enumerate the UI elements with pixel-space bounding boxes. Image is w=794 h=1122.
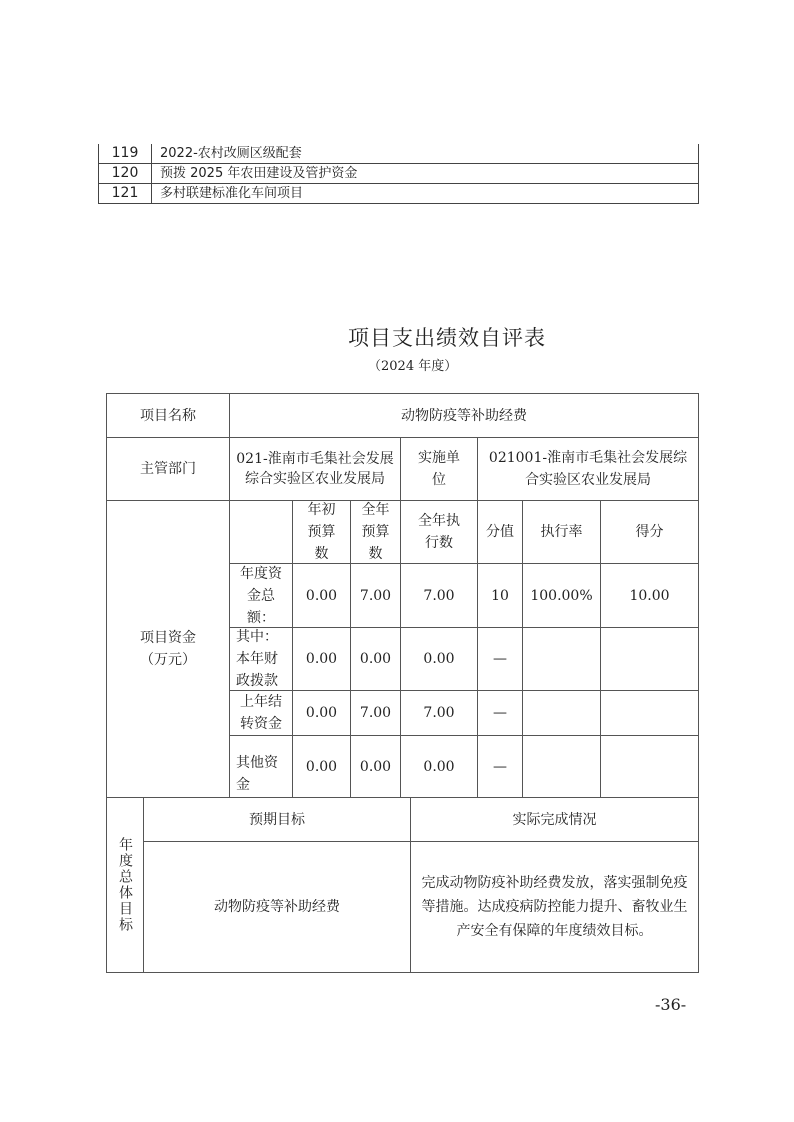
- table-row: 121 多村联建标准化车间项目: [99, 184, 699, 204]
- header-initial-budget: 年初预算数: [292, 500, 351, 564]
- carryover-annual-budget: 7.00: [350, 690, 401, 736]
- header-execution-rate: 执行率: [522, 500, 601, 564]
- header-score: 得分: [600, 500, 699, 564]
- carryover-score: [600, 690, 699, 736]
- row-label-fiscal: 其中：本年财政拨款: [229, 627, 293, 691]
- expected-goal-header: 预期目标: [143, 797, 411, 842]
- page-title: 项目支出绩效自评表: [0, 322, 794, 352]
- header-annual-budget: 全年预算数: [350, 500, 401, 564]
- total-annual-execution: 7.00: [400, 563, 478, 628]
- total-score: 10.00: [600, 563, 699, 628]
- fiscal-score: [600, 627, 699, 691]
- fiscal-execution-rate: [522, 627, 601, 691]
- other-execution-rate: [522, 735, 601, 798]
- row-name: 多村联建标准化车间项目: [152, 184, 699, 204]
- row-name: 预拨 2025 年农田建设及管护资金: [152, 164, 699, 184]
- header-score-weight: 分值: [477, 500, 523, 564]
- row-name: 2022-农村改厕区级配套: [152, 144, 699, 164]
- carryover-initial-budget: 0.00: [292, 690, 351, 736]
- header-annual-execution: 全年执行数: [400, 500, 478, 564]
- actual-completion-value: 完成动物防疫补助经费发放，落实强制免疫等措施。达成疫病防控能力提升、畜牧业生产安…: [410, 841, 699, 973]
- carryover-execution-rate: [522, 690, 601, 736]
- expected-goal-value: 动物防疫等补助经费: [143, 841, 411, 973]
- row-index: 120: [99, 164, 152, 184]
- other-initial-budget: 0.00: [292, 735, 351, 798]
- fiscal-annual-budget: 0.00: [350, 627, 401, 691]
- year-subtitle: （2024 年度）: [368, 355, 457, 374]
- actual-completion-header: 实际完成情况: [410, 797, 699, 842]
- row-index: 119: [99, 144, 152, 164]
- project-funds-label: 项目资金（万元）: [106, 500, 230, 798]
- table-row: 120 预拨 2025 年农田建设及管护资金: [99, 164, 699, 184]
- fiscal-initial-budget: 0.00: [292, 627, 351, 691]
- project-name-label: 项目名称: [106, 393, 230, 438]
- project-list-table: 119 2022-农村改厕区级配套 120 预拨 2025 年农田建设及管护资金…: [98, 144, 699, 204]
- table-row: 119 2022-农村改厕区级配套: [99, 144, 699, 164]
- total-execution-rate: 100.00%: [522, 563, 601, 628]
- row-label-total: 年度资金总额：: [229, 563, 293, 628]
- supervising-dept-value: 021-淮南市毛集社会发展综合实验区农业发展局: [229, 437, 401, 501]
- carryover-score-weight: —: [477, 690, 523, 736]
- total-annual-budget: 7.00: [350, 563, 401, 628]
- other-score: [600, 735, 699, 798]
- total-score-weight: 10: [477, 563, 523, 628]
- other-annual-budget: 0.00: [350, 735, 401, 798]
- other-score-weight: —: [477, 735, 523, 798]
- other-annual-execution: 0.00: [400, 735, 478, 798]
- carryover-annual-execution: 7.00: [400, 690, 478, 736]
- row-label-carryover: 上年结转资金: [229, 690, 293, 736]
- funds-corner-cell: [229, 500, 293, 564]
- page-number: -36-: [655, 995, 686, 1014]
- project-name-value: 动物防疫等补助经费: [229, 393, 699, 438]
- implementing-unit-label: 实施单位: [400, 437, 478, 501]
- fiscal-annual-execution: 0.00: [400, 627, 478, 691]
- self-evaluation-form: 项目名称 动物防疫等补助经费 主管部门 021-淮南市毛集社会发展综合实验区农业…: [106, 393, 699, 973]
- implementing-unit-value: 021001-淮南市毛集社会发展综合实验区农业发展局: [477, 437, 699, 501]
- row-label-other: 其他资金: [229, 735, 293, 798]
- fiscal-score-weight: —: [477, 627, 523, 691]
- annual-goals-label: 年度总体目标: [106, 797, 144, 973]
- total-initial-budget: 0.00: [292, 563, 351, 628]
- supervising-dept-label: 主管部门: [106, 437, 230, 501]
- row-index: 121: [99, 184, 152, 204]
